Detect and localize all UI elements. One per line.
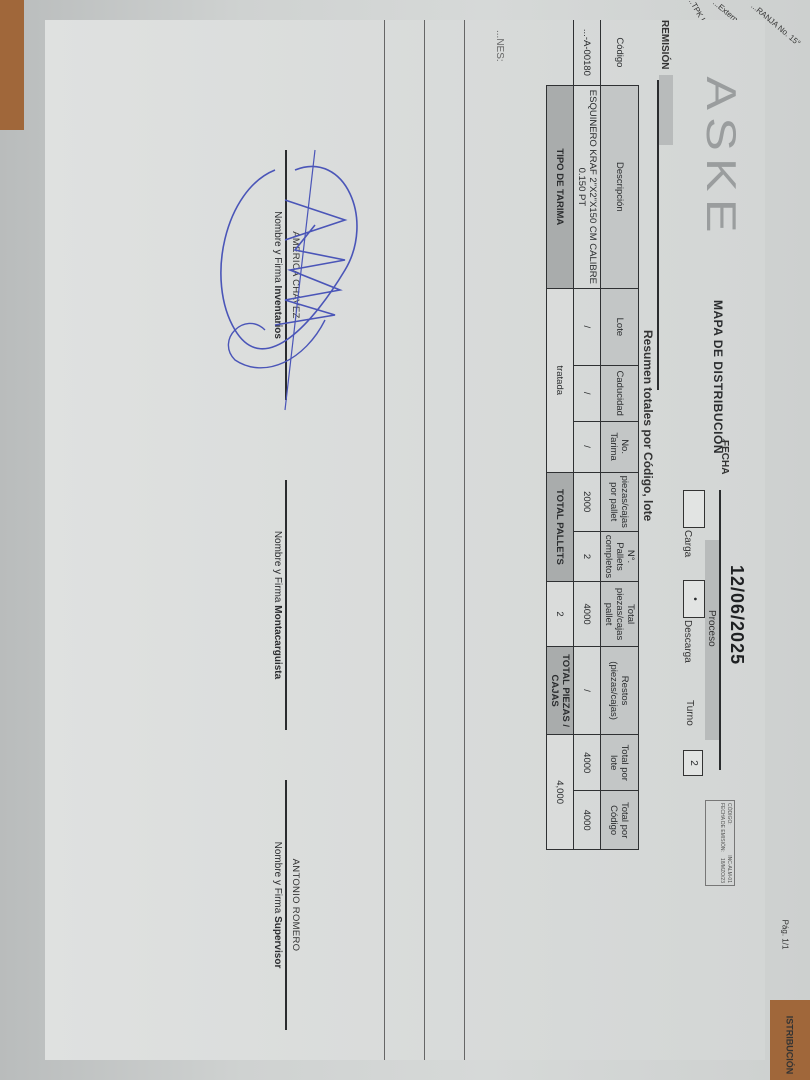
table-row: ...-A-00180 ESQUINERO KRAF 2"X2"X150 CM … [574, 20, 601, 850]
cell-pallets-completos: 2 [574, 531, 601, 581]
descarga-label: Descarga [682, 620, 693, 663]
signer-name-supervisor: ANTONIO ROMERO [290, 780, 301, 1030]
header-pallets-completos: N°. Pallets completos [601, 531, 639, 581]
cell-total-por-codigo: 4000 [574, 791, 601, 850]
carga-label: Carga [682, 530, 693, 557]
signature-caption-supervisor: Nombre y Firma Supervisor [272, 780, 283, 1030]
fecha-label: FECHA [719, 440, 730, 474]
cell-codigo: ...-A-00180 [574, 20, 601, 85]
table-totals-row: TIPO DE TARIMA tratada TOTAL PALLETS 2 T… [547, 20, 574, 850]
fecha-value: 12/06/2025 [726, 565, 747, 665]
cell-piezas-por-pallet: 2000 [574, 472, 601, 531]
total-piezas-label: TOTAL PIEZAS / CAJAS [547, 646, 574, 734]
remision-line [658, 80, 660, 390]
code-value: INC-ALM-01 [725, 855, 732, 883]
signature-caption-montacarguista: Nombre y Firma Montacarguista [272, 480, 283, 730]
distribution-map-sheet: ASKE MAPA DE DISTRIBUCIÓN REMISIÓN FECHA… [45, 20, 765, 1060]
proceso-label: Proceso [706, 610, 717, 647]
carga-checkbox[interactable] [683, 490, 705, 528]
turno-label: Turno [684, 700, 695, 726]
turno-field[interactable]: 2 [683, 750, 703, 776]
observaciones-label: ...NES: [494, 30, 505, 62]
total-piezas-value: 4,000 [547, 735, 574, 850]
summary-caption: Resumen totales por Código, lote [641, 330, 655, 521]
header-lote: Lote [601, 288, 639, 365]
header-total-por-lote: Total por lote [601, 735, 639, 791]
handwritten-signature [215, 130, 385, 430]
tipo-tarima-label: TIPO DE TARIMA [547, 85, 574, 288]
cell-descripcion: ESQUINERO KRAF 2"X2"X150 CM CALIBRE 0.15… [574, 85, 601, 288]
total-pallets-value: 2 [547, 582, 574, 647]
code-label: CÓDIGO: [726, 803, 732, 825]
total-pallets-label: TOTAL PALLETS [547, 472, 574, 582]
cell-caducidad: / [574, 365, 601, 421]
emission-value: 18/MZO/23 [718, 858, 725, 883]
signature-line-supervisor [286, 780, 288, 1030]
tipo-tarima-value: tratada [547, 288, 574, 472]
observaciones-line [424, 20, 425, 1060]
header-descripcion: Descripción [601, 85, 639, 288]
header-caducidad: Caducidad [601, 365, 639, 421]
header-no-tarima: No. Tarima [601, 421, 639, 472]
header-piezas-por-pallet: piezas/cajas por pallet [601, 472, 639, 531]
table-header-row: Código Descripción Lote Caducidad No. Ta… [601, 20, 639, 850]
cell-total-piezas-pallet: 4000 [574, 582, 601, 647]
header-total-por-codigo: Total por Código [601, 791, 639, 850]
remision-label: REMISIÓN [659, 20, 670, 69]
cell-no-tarima: / [574, 421, 601, 472]
cell-restos: / [574, 646, 601, 734]
side-title-fragment: ISTRIBUCIÓN [784, 1016, 794, 1075]
remision-band [659, 75, 673, 145]
descarga-checkbox[interactable]: • [683, 580, 705, 618]
fecha-line [720, 490, 722, 770]
signature-line-montacarguista [286, 480, 288, 730]
company-logo: ASKE [697, 76, 745, 239]
header-restos: Restos (piezas/cajas) [601, 646, 639, 734]
document-code-box: CÓDIGO: INC-ALM-01 FECHA DE EMISIÓN: 18/… [705, 800, 735, 886]
emission-label: FECHA DE EMISIÓN: [719, 803, 725, 852]
observaciones-line [464, 20, 465, 1060]
header-codigo: Código [601, 20, 639, 85]
header-total-piezas-pallet: Total piezas/cajas pallet [601, 582, 639, 647]
page-number: Pág. 1/1 [780, 920, 789, 950]
summary-table: Código Descripción Lote Caducidad No. Ta… [546, 20, 639, 850]
cell-lote: / [574, 288, 601, 365]
desk-edge-left [0, 0, 24, 130]
cell-total-por-lote: 4000 [574, 735, 601, 791]
document-title: MAPA DE DISTRIBUCIÓN [711, 300, 725, 454]
